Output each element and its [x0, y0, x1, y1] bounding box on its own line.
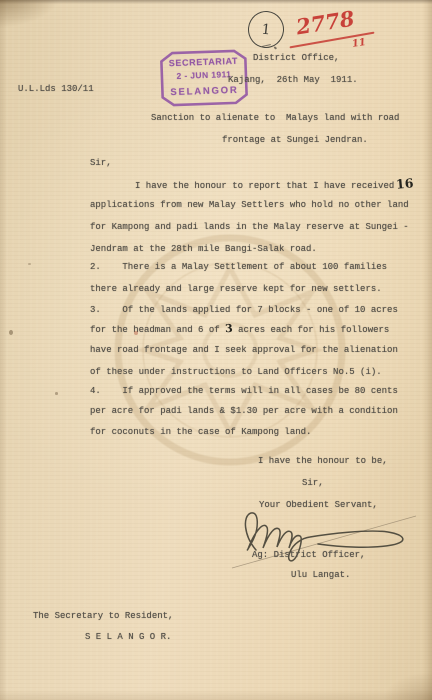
body-text: for the headman and 6 of [90, 325, 225, 335]
signoff-title: Ag: District Officer, [252, 550, 365, 561]
subject-line: frontage at Sungei Jendran. [222, 135, 368, 146]
signature-area [230, 504, 426, 579]
addressee-line: S E L A N G O R. [85, 632, 171, 643]
body-line: applications from new Malay Settlers who… [90, 200, 409, 211]
signoff-place: Ulu Langat. [291, 570, 350, 581]
body-line: of these under instructions to Land Offi… [90, 367, 382, 378]
body-line: have road frontage and I seek approval f… [90, 345, 398, 356]
paper-speck [9, 330, 13, 335]
pencil-tick-mark [274, 46, 277, 49]
body-line: 3. Of the lands applied for 7 blocks - o… [90, 305, 398, 316]
signature [230, 504, 426, 574]
letterhead-place-date: Kajang, 26th May 1911. [228, 75, 358, 86]
paper-speck [28, 263, 31, 265]
closing-line: I have the honour to be, [258, 456, 388, 467]
salutation: Sir, [90, 158, 112, 169]
closing-line: Sir, [302, 478, 324, 489]
handwritten-number-3: 3 [225, 323, 233, 334]
addressee-line: The Secretary to Resident, [33, 611, 173, 622]
body-text: I have the honour to report that I have … [135, 181, 394, 191]
letterhead-office: District Office, [253, 53, 339, 64]
red-file-sub-number: 11 [351, 37, 366, 50]
body-line: for coconuts in the case of Kampong land… [90, 427, 311, 438]
file-reference: U.L.Lds 130/11 [18, 84, 94, 95]
page-number-circle: 1 [246, 9, 286, 50]
paper-speck [55, 392, 58, 395]
handwritten-number-16: 16 [396, 177, 414, 189]
body-line: 2. There is a Malay Settlement of about … [90, 262, 387, 273]
body-line: per acre for padi lands & $1.30 per acre… [90, 406, 398, 417]
body-line: there already and large reserve kept for… [90, 284, 382, 295]
paper-speck [134, 331, 138, 335]
body-line: 4. If approved the terms will in all cas… [90, 386, 398, 397]
body-line: I have the honour to report that I have … [135, 178, 414, 192]
letter-scan-page: 1 2778 11 SECRETARIAT 2 - JUN 1911 SELAN… [0, 0, 432, 700]
red-file-number: 2778 [294, 6, 356, 40]
body-line: Jendram at the 28th mile Bangi-Salak roa… [90, 244, 317, 255]
body-text: acres each for his followers [233, 325, 390, 335]
subject-line: Sanction to alienate to Malays land with… [151, 113, 399, 124]
page-number: 1 [261, 21, 272, 38]
body-line: for Kampong and padi lands in the Malay … [90, 222, 409, 233]
